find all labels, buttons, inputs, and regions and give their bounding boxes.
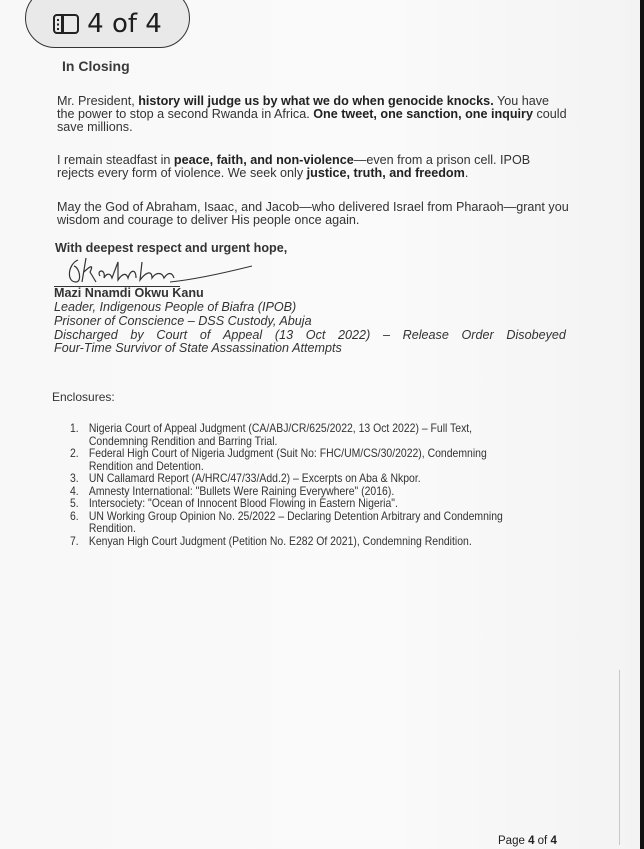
signer-title-justified: DischargedbyCourtofAppeal(13Oct2022)–Rel… — [54, 329, 566, 343]
enclosure-item: 1.Nigeria Court of Appeal Judgment (CA/A… — [70, 423, 520, 448]
title-word: – — [383, 329, 390, 343]
enclosures-label: Enclosures: — [52, 390, 115, 404]
enclosure-text: UN Callamard Report (A/HRC/47/33/Add.2) … — [89, 473, 520, 486]
viewer-edge — [640, 0, 644, 849]
enclosure-text: UN Working Group Opinion No. 25/2022 – D… — [89, 511, 520, 536]
enclosure-number: 5. — [70, 498, 89, 511]
signer-title: Four-Time Survivor of State Assassinatio… — [54, 342, 566, 356]
signer-title: Prisoner of Conscience – DSS Custody, Ab… — [54, 315, 566, 329]
footer-total-pages: 4 — [550, 835, 556, 847]
footer-prefix: Page — [498, 835, 528, 847]
section-heading: In Closing — [62, 58, 130, 74]
enclosure-item: 3.UN Callamard Report (A/HRC/47/33/Add.2… — [70, 473, 520, 486]
title-word: Order — [462, 329, 494, 343]
enclosure-text: Intersociety: "Ocean of Innocent Blood F… — [89, 498, 520, 511]
enclosure-item: 7.Kenyan High Court Judgment (Petition N… — [70, 536, 520, 549]
footer-of: of — [534, 835, 550, 847]
text-run: I remain steadfast in — [57, 153, 174, 167]
title-word: Discharged — [54, 329, 118, 343]
title-word: Court — [156, 329, 187, 343]
enclosure-number: 7. — [70, 536, 89, 549]
title-word: (13 — [275, 329, 293, 343]
title-word: Appeal — [223, 329, 262, 343]
page-footer: Page 4 of 4 — [498, 835, 557, 847]
page-fold-line — [619, 670, 620, 845]
enclosure-item: 2.Federal High Court of Nigeria Judgment… — [70, 448, 520, 473]
enclosures-list: 1.Nigeria Court of Appeal Judgment (CA/A… — [70, 423, 520, 548]
enclosure-item: 5.Intersociety: "Ocean of Innocent Blood… — [70, 498, 520, 511]
signature-image — [60, 252, 260, 288]
bold-text-run: peace, faith, and non-violence — [174, 153, 354, 167]
title-word: Release — [403, 329, 449, 343]
title-word: by — [130, 329, 143, 343]
title-word: of — [200, 329, 211, 343]
enclosure-number: 3. — [70, 473, 89, 486]
signer-title: Leader, Indigenous People of Biafra (IPO… — [54, 301, 566, 315]
text-run: Mr. President, — [57, 94, 138, 108]
enclosure-text: Nigeria Court of Appeal Judgment (CA/ABJ… — [89, 423, 520, 448]
bold-text-run: One tweet, one sanction, one inquiry — [313, 107, 533, 121]
sidebar-panel-icon — [53, 14, 79, 34]
enclosure-text: Federal High Court of Nigeria Judgment (… — [89, 448, 520, 473]
title-word: 2022) — [338, 329, 370, 343]
bold-text-run: history will judge us by what we do when… — [138, 94, 494, 108]
bold-text-run: justice, truth, and freedom — [307, 166, 465, 180]
signer-name: Mazi Nnamdi Okwu Kanu — [54, 286, 204, 300]
paragraph-blessing: May the God of Abraham, Isaac, and Jacob… — [57, 201, 569, 227]
enclosure-number: 2. — [70, 448, 89, 473]
paragraph-appeal: Mr. President, history will judge us by … — [57, 95, 569, 135]
paragraph-steadfast: I remain steadfast in peace, faith, and … — [57, 154, 569, 180]
title-word: Disobeyed — [506, 329, 566, 343]
page-indicator-label: 4 of 4 — [87, 9, 162, 39]
enclosure-number: 1. — [70, 423, 89, 448]
title-word: Oct — [306, 329, 326, 343]
document-page: In Closing Mr. President, history will j… — [0, 0, 640, 849]
page-indicator-badge[interactable]: 4 of 4 — [25, 0, 190, 48]
enclosure-text: Kenyan High Court Judgment (Petition No.… — [89, 536, 520, 549]
enclosure-item: 6.UN Working Group Opinion No. 25/2022 –… — [70, 511, 520, 536]
enclosure-number: 6. — [70, 511, 89, 536]
signer-titles: Leader, Indigenous People of Biafra (IPO… — [54, 301, 566, 356]
text-run: . — [465, 166, 469, 180]
